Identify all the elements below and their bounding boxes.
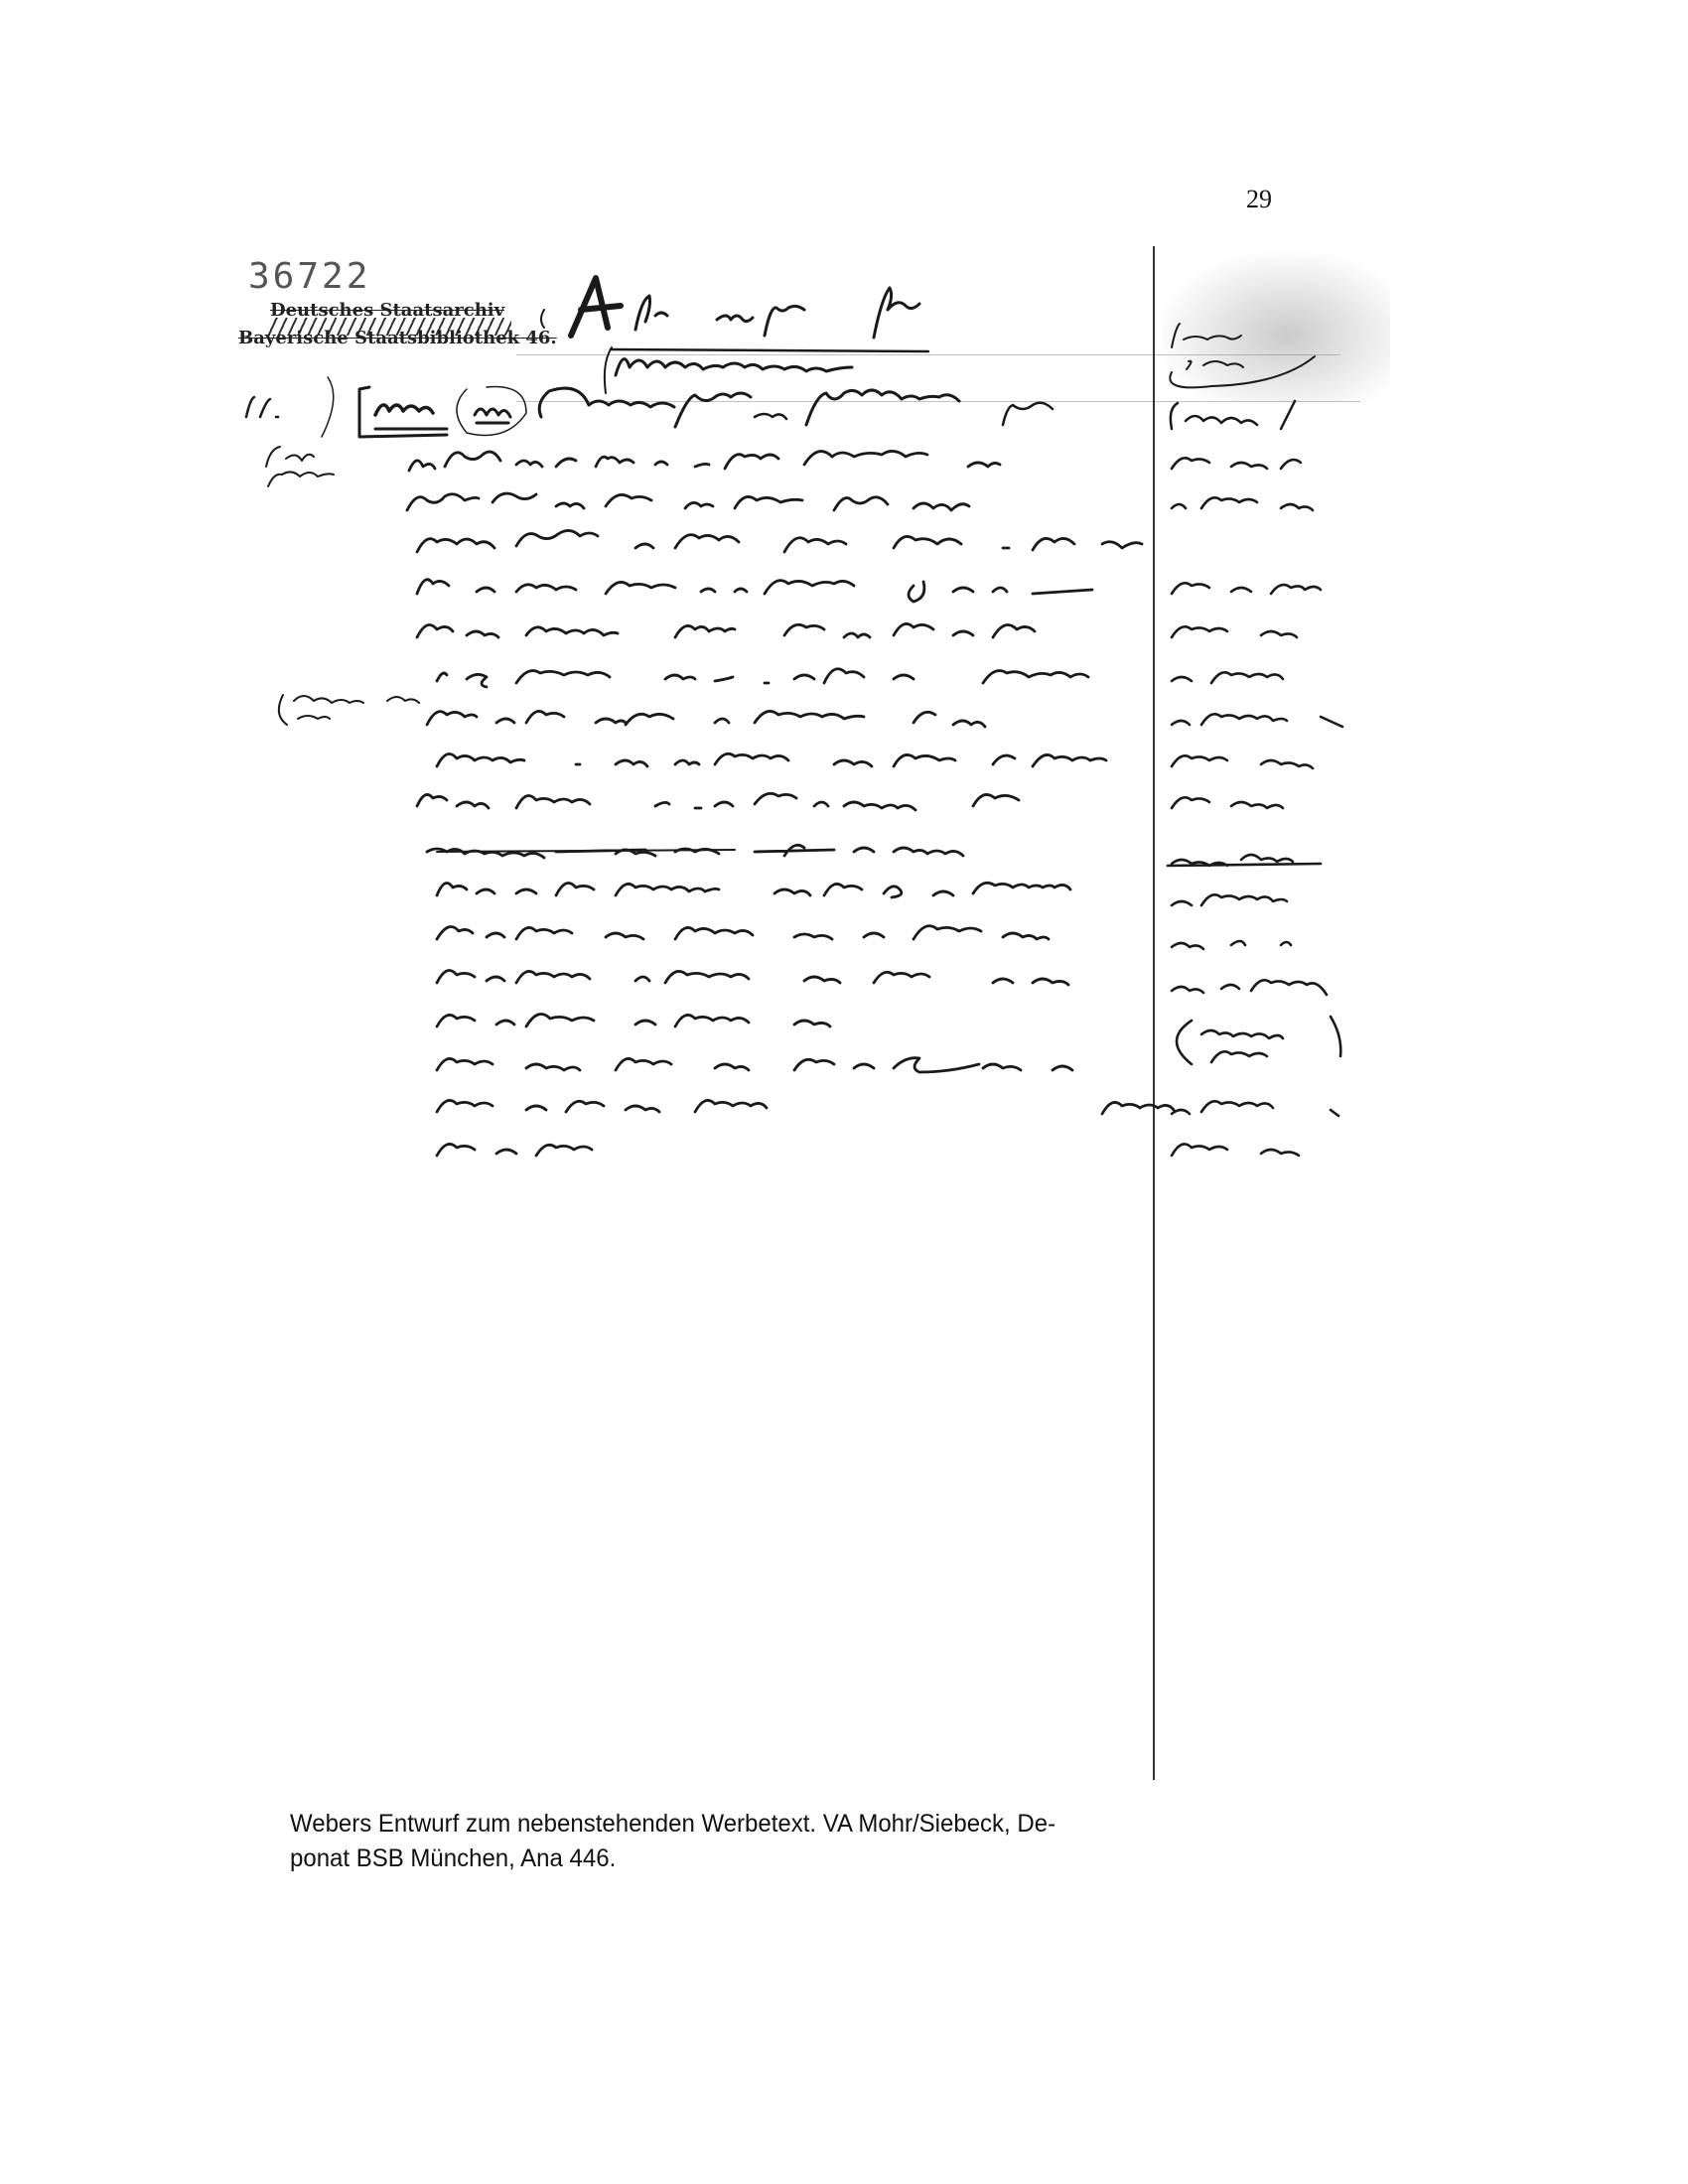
handwriting-strokes <box>0 0 1688 1787</box>
caption-line-2: ponat BSB München, Ana 446. <box>290 1842 1262 1876</box>
figure-caption: Webers Entwurf zum nebenstehenden Werbet… <box>290 1807 1262 1876</box>
caption-line-1: Webers Entwurf zum nebenstehenden Werbet… <box>290 1807 1262 1842</box>
